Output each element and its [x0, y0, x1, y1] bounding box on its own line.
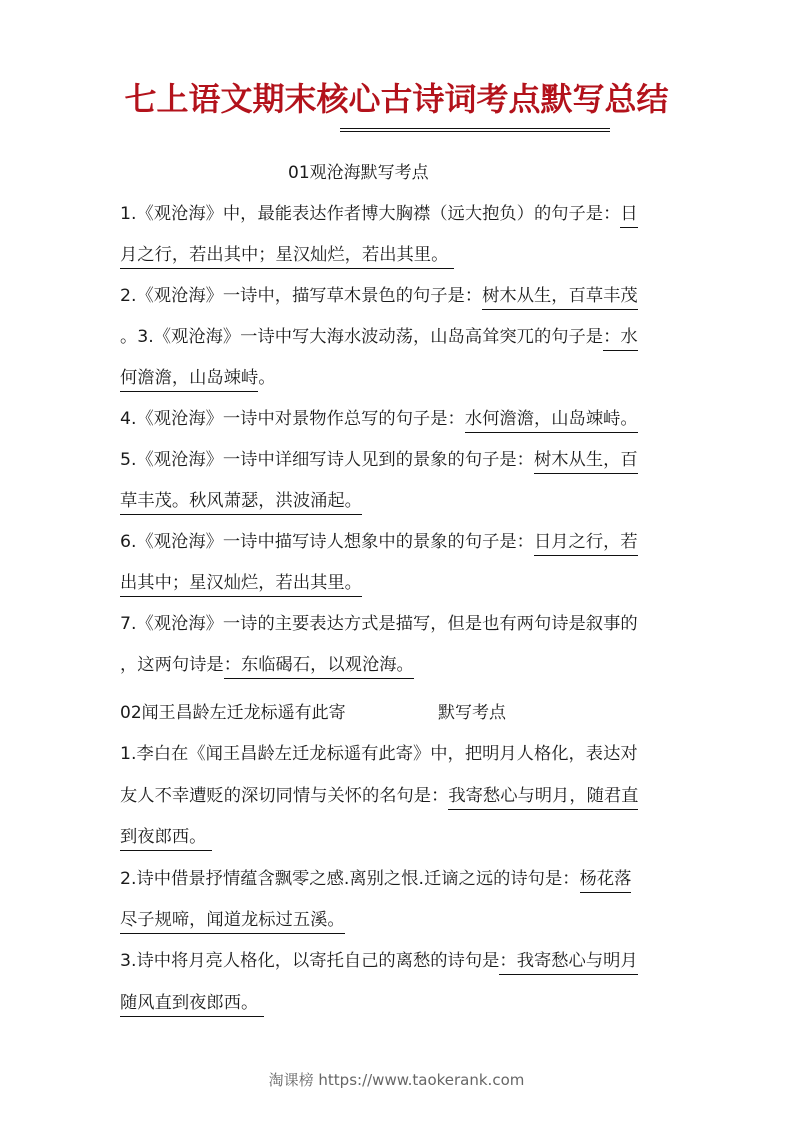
answer-blank: 树木从生，百 [534, 450, 638, 474]
document-title: 七上语文期末核心古诗词考点默写总结 [0, 78, 793, 120]
answer-blank: 水何澹澹，山岛竦峙。 [465, 409, 638, 433]
answer-blank: ：东临碣石，以观沧海。 [224, 655, 414, 679]
question-line: 到夜郎西。 [120, 825, 212, 849]
answer-blank: 日月之行，若 [534, 532, 638, 556]
answer-blank: 我寄愁心与明月，随君直 [448, 786, 638, 810]
question-line: 2.诗中借景抒情蕴含飘零之感.离别之恨.迁谪之远的诗句是：杨花落 [120, 867, 631, 891]
question-line: 随风直到夜郎西。 [120, 991, 264, 1015]
question-line: 2.《观沧海》一诗中，描写草木景色的句子是：树木从生，百草丰茂 [120, 284, 638, 308]
question-line: 5.《观沧海》一诗中详细写诗人见到的景象的句子是：树木从生，百 [120, 448, 638, 472]
question-line: 3.诗中将月亮人格化，以寄托自己的离愁的诗句是：我寄愁心与明月 [120, 949, 638, 973]
answer-blank: 尽子规啼，闻道龙标过五溪。 [120, 910, 345, 934]
answer-blank: 出其中；星汉灿烂，若出其里。 [120, 573, 362, 597]
question-line: 。3.《观沧海》一诗中写大海水波动荡，山岛高耸突兀的句子是：水 [120, 325, 638, 349]
answer-blank: 杨花落 [580, 869, 632, 893]
question-line: 4.《观沧海》一诗中对景物作总写的句子是：水何澹澹，山岛竦峙。 [120, 407, 638, 431]
question-line: 1.李白在《闻王昌龄左迁龙标遥有此寄》中，把明月人格化，表达对 [120, 742, 638, 766]
answer-blank: 何澹澹，山岛竦峙 [120, 368, 258, 392]
question-line: 出其中；星汉灿烂，若出其里。 [120, 571, 362, 595]
answer-blank: ：水 [603, 327, 638, 351]
section-heading-2-suffix: 默写考点 [438, 701, 506, 725]
title-double-rule [340, 128, 610, 132]
question-line: 何澹澹，山岛竦峙。 [120, 366, 276, 390]
question-line: 6.《观沧海》一诗中描写诗人想象中的景象的句子是：日月之行，若 [120, 530, 638, 554]
question-line: 7.《观沧海》一诗的主要表达方式是描写，但是也有两句诗是叙事的 [120, 612, 638, 636]
section-heading-1: 01观沧海默写考点 [288, 161, 429, 185]
question-line: 月之行，若出其中；星汉灿烂，若出其里。 [120, 243, 454, 267]
answer-blank: 草丰茂。秋风萧瑟，洪波涌起。 [120, 491, 362, 515]
question-line: 1.《观沧海》中，最能表达作者博大胸襟（远大抱负）的句子是：日 [120, 202, 638, 226]
section-heading-2: 02闻王昌龄左迁龙标遥有此寄 [120, 701, 346, 725]
answer-blank: 树木从生，百草丰茂 [482, 286, 638, 310]
answer-blank: 到夜郎西。 [120, 827, 206, 851]
answer-blank: ：我寄愁心与明月 [499, 951, 637, 975]
answer-blank: 月之行，若出其中；星汉灿烂，若出其里。 [120, 245, 448, 269]
question-line: 友人不幸遭贬的深切同情与关怀的名句是：我寄愁心与明月，随君直 [120, 784, 638, 808]
question-line: 尽子规啼，闻道龙标过五溪。 [120, 908, 345, 932]
answer-blank: 日 [620, 204, 637, 228]
question-line: ，这两句诗是：东临碣石，以观沧海。 [120, 653, 414, 677]
answer-blank: 随风直到夜郎西。 [120, 993, 258, 1017]
question-line: 草丰茂。秋风萧瑟，洪波涌起。 [120, 489, 362, 513]
footer-watermark: 淘课榜 https://www.taokerank.com [0, 1069, 793, 1090]
